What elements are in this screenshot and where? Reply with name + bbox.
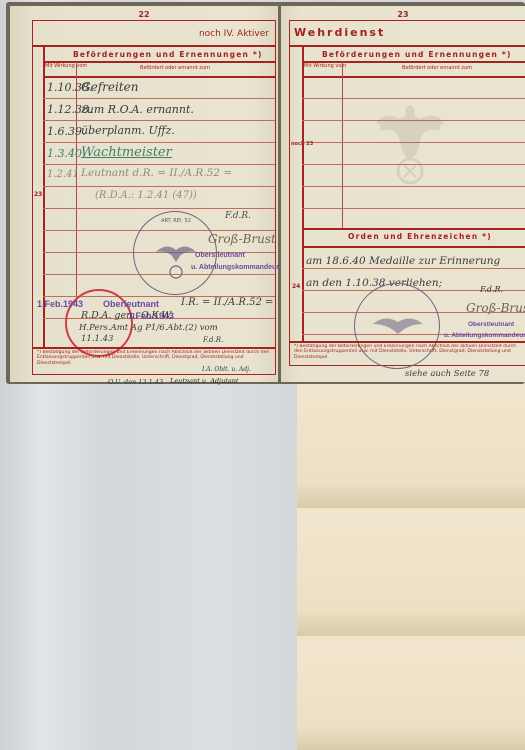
col-header-date: Mit Wirkung vom (45, 63, 75, 69)
booklet-spread: 22 noch IV. Aktiver Beförderungen und Er… (6, 2, 525, 384)
entry-date: 1.3.40. (47, 147, 85, 160)
col-header-rank: Befördert oder ernannt zum (344, 65, 525, 71)
signature: Groß-Brust (466, 301, 525, 315)
section-title: Beförderungen und Ernennungen *) (322, 50, 512, 59)
entry-rank: Wachtmeister (81, 145, 172, 160)
margin-row-number: 24 (292, 283, 300, 290)
entry-rank-note: (R.D.A.: 1.2.41 (47)) (95, 190, 197, 201)
page-number: 22 (10, 10, 278, 19)
entry-date: 1.2.41 (47, 169, 79, 180)
entry-date: 1.6.39. (47, 125, 85, 138)
entry-rank: überplanm. Uffz. (81, 124, 175, 137)
award-entry-line: am 18.6.40 Medaille zur Erinnerung (306, 255, 500, 267)
fdr-note: F.d.R. (203, 336, 223, 344)
signer-note: I.A. Oblt. u. Adj. (202, 366, 251, 373)
footnote: *) Bestätigung der Beförderungen und Ern… (37, 350, 273, 366)
page-number: 23 (281, 10, 525, 19)
official-seal-stamp: ART. REI. 52 (133, 211, 217, 295)
eagle-watermark-icon (374, 101, 446, 187)
left-page: 22 noch IV. Aktiver Beförderungen und Er… (10, 6, 278, 382)
margin-row-number: 23 (34, 191, 42, 198)
lower-entry-line: H.Pers.Amt Ag P1/6.Abt.(2) vom (79, 323, 218, 333)
right-page: 23 Wehrdienst Beförderungen und Ernennun… (281, 6, 525, 382)
signature: Groß-Brust (208, 232, 276, 246)
margin-row-number: noch 23 (291, 141, 313, 147)
col-header-rank: Befördert oder ernannt zum (77, 65, 273, 71)
cross-reference-note: siehe auch Seite 78 (405, 369, 489, 379)
page-fold-2 (297, 510, 525, 636)
section-title: Beförderungen und Ernennungen *) (73, 50, 263, 59)
date-stamp: 1.Feb.1943 (37, 299, 83, 309)
lower-entry-line: 11.1.43 (81, 334, 113, 344)
right-page-frame: Wehrdienst Beförderungen und Ernennungen… (289, 20, 525, 366)
page-header-title: noch IV. Aktiver (199, 26, 269, 39)
orders-section-title: Orden und Ehrenzeichen *) (348, 232, 492, 241)
entry-rank: zum R.O.A. ernannt. (81, 103, 194, 116)
page-fold-1 (297, 382, 525, 508)
page-fold-3 (297, 640, 525, 750)
fdr-note: F.d.R. (225, 211, 251, 221)
entry-rank: Gefreiten (81, 80, 138, 94)
lower-entry-line: R.D.A. gem. O.K.W. (81, 310, 173, 321)
footnote: *) Bestätigung der Beförderungen und Ern… (294, 344, 525, 360)
entry-rank: Leutnant d.R. = II./A.R.52 = (81, 167, 232, 179)
stamp-rank: Oberstleutnant (468, 321, 514, 328)
col-header-date: Mit Wirkung vom (304, 63, 340, 69)
stamp-unit: u. Abteilungskommandeur (444, 332, 525, 339)
signer-title: Leutnant u. Adjutant (170, 377, 239, 385)
page-header-title: Wehrdienst (294, 26, 385, 39)
lower-entry-line: I.R. = II./A.R.52 = (181, 297, 273, 308)
fdr-note: F.d.R. (480, 285, 503, 294)
place-date-note: O.U. den 13.1.43 (108, 378, 163, 386)
rank-stamp: Oberleutnant (103, 299, 159, 309)
left-page-frame: noch IV. Aktiver Beförderungen und Ernen… (32, 20, 276, 375)
eagle-emblem-icon (134, 212, 218, 296)
